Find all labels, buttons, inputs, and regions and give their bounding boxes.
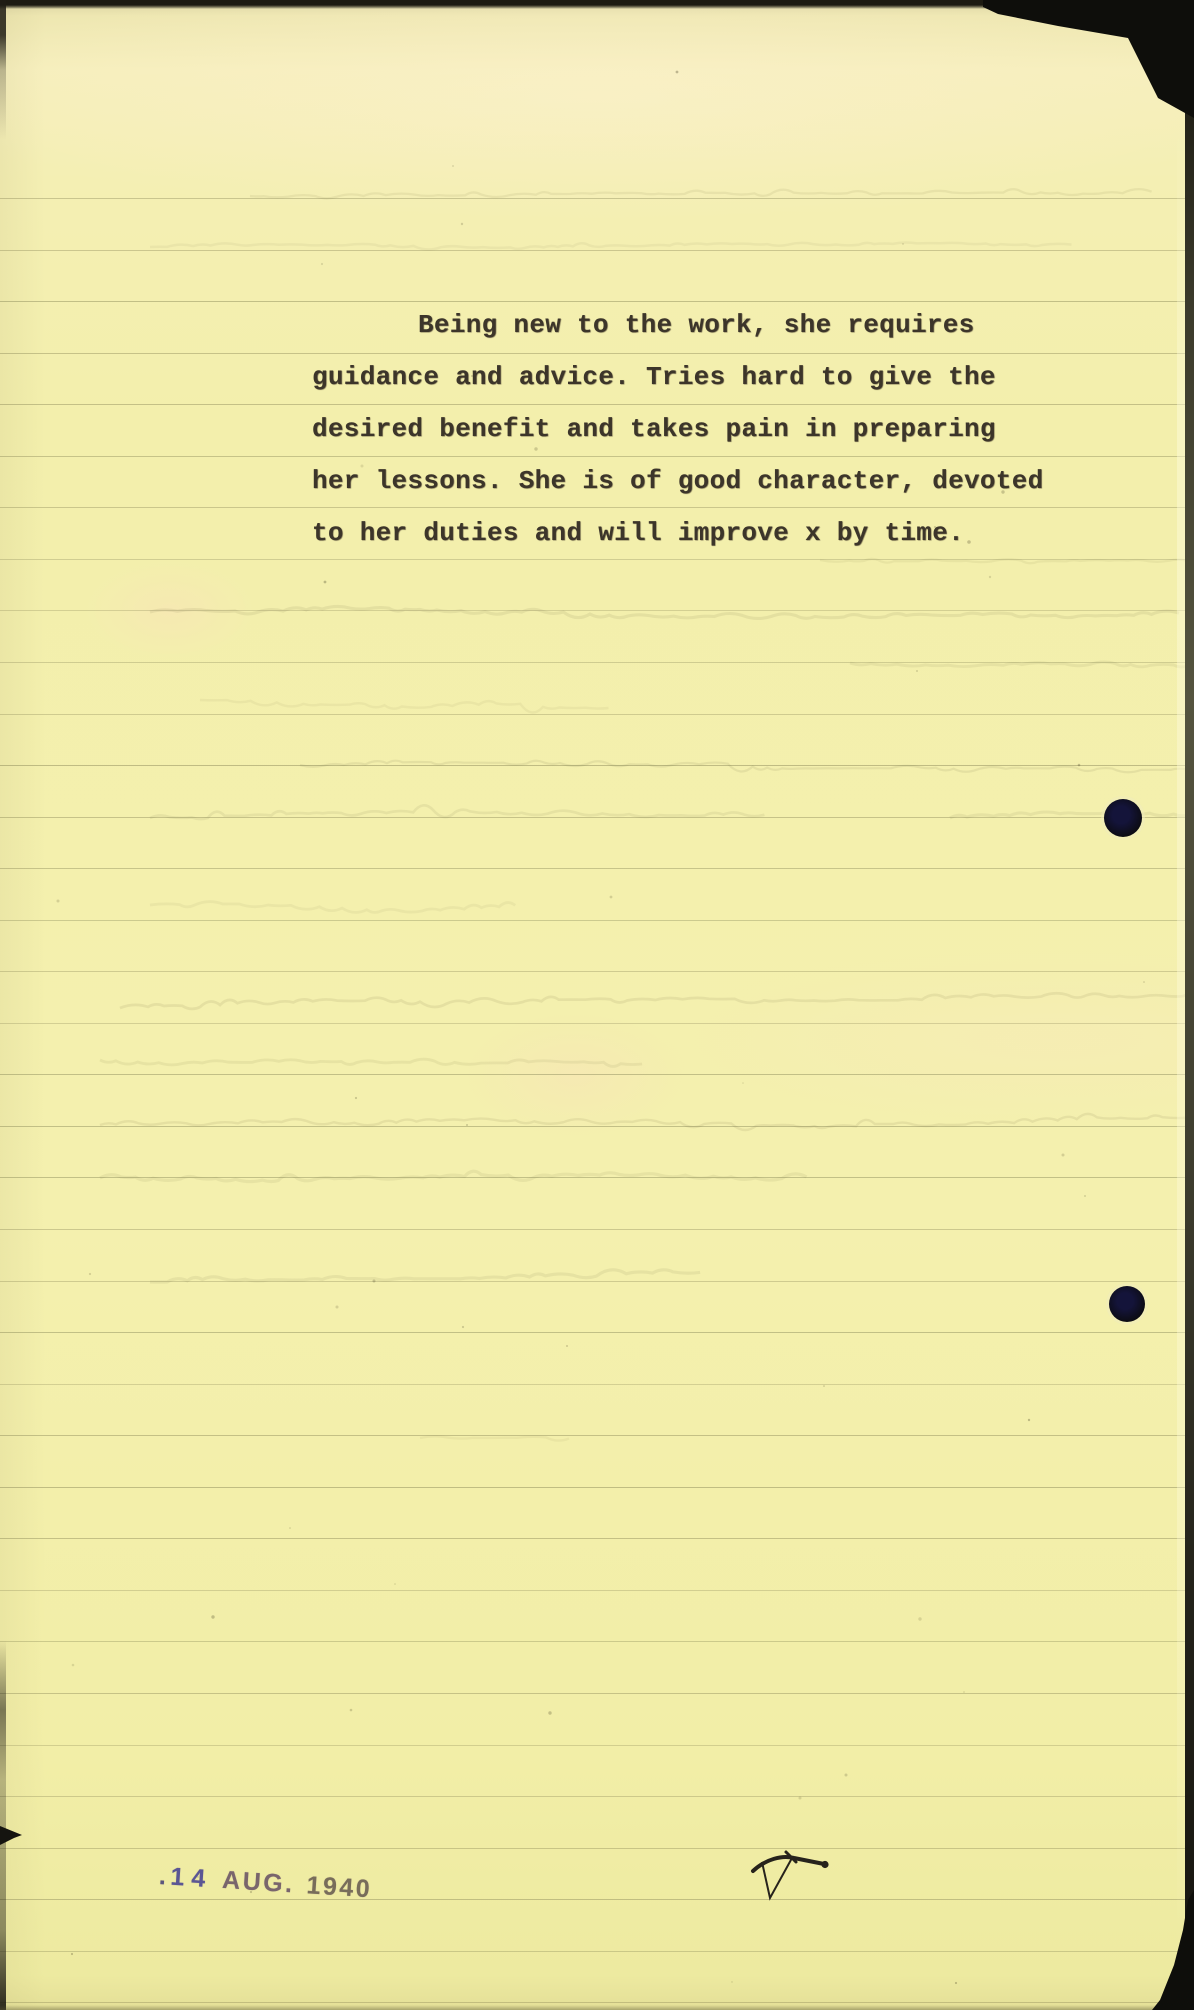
- paper-speck: [373, 1280, 376, 1283]
- bleed-through-squiggle: [420, 1436, 569, 1440]
- scan-edge-left: [0, 0, 6, 2010]
- bleed-through-squiggle: [950, 811, 1189, 818]
- paper-speck: [1084, 1195, 1086, 1197]
- paper-speck: [1143, 981, 1145, 983]
- paper-edge-highlight: [1177, 0, 1185, 2010]
- paper-speck: [1028, 1419, 1030, 1421]
- paper-speck: [461, 223, 463, 225]
- paper-speck: [289, 1527, 291, 1529]
- bleed-through-squiggle: [150, 242, 1071, 249]
- paper-speck: [845, 1774, 848, 1777]
- bleed-through-squiggle: [820, 559, 1186, 563]
- scan-edge-right: [1185, 0, 1194, 2010]
- paper-speck: [336, 1306, 339, 1309]
- bleed-through-squiggle: [250, 189, 1152, 198]
- paper-speck: [321, 263, 323, 265]
- stamp-ink-dot: .: [158, 1862, 169, 1891]
- scanned-page: Being new to the work, she requires guid…: [0, 0, 1194, 2010]
- bleed-through-squiggle: [150, 606, 1179, 618]
- paper-speck: [918, 1617, 921, 1620]
- paper-speck: [955, 1982, 957, 1984]
- paper-speck: [989, 576, 991, 578]
- scan-edge-bottom: [0, 2005, 1194, 2010]
- paper-speck: [1078, 764, 1081, 767]
- hole-mark-top: [1104, 799, 1142, 837]
- stamp-day: 14: [170, 1863, 213, 1894]
- typed-line: guidance and advice. Tries hard to give …: [312, 351, 1044, 403]
- bleed-through-squiggle: [300, 761, 1187, 773]
- paper-speck: [324, 581, 327, 584]
- paper-speck: [462, 1326, 464, 1328]
- paper-speck: [916, 670, 918, 672]
- paper-speck: [452, 165, 454, 167]
- bleed-through-squiggle: [200, 700, 609, 713]
- paper-speck: [394, 1583, 396, 1585]
- typed-line: to her duties and will improve x by time…: [312, 507, 1044, 559]
- paper-speck: [57, 900, 60, 903]
- bleed-through-squiggle: [100, 1059, 642, 1066]
- signature-mark: [748, 1845, 848, 1907]
- bleed-through-squiggle: [150, 902, 515, 913]
- paper-speck: [211, 1615, 214, 1618]
- paper-speck: [72, 1664, 75, 1667]
- paper-speck: [902, 243, 903, 244]
- paper-speck: [963, 1691, 965, 1693]
- paper-speck: [548, 1711, 551, 1714]
- typed-line: Being new to the work, she requires: [312, 299, 1044, 351]
- stamp-year: 1940: [306, 1871, 373, 1903]
- bleed-through-squiggle: [850, 662, 1188, 667]
- paper-speck: [566, 1345, 568, 1347]
- paper-speck: [71, 1953, 73, 1955]
- bleed-through-squiggle: [100, 1114, 1191, 1130]
- bleed-through-squiggle: [150, 805, 764, 819]
- paper-speck: [466, 1124, 468, 1126]
- paper-speck: [610, 896, 613, 899]
- paper-speck: [731, 1981, 732, 1982]
- paper-speck: [676, 71, 679, 74]
- typed-line: desired benefit and takes pain in prepar…: [312, 403, 1044, 455]
- typed-paragraph: Being new to the work, she requires guid…: [312, 299, 1044, 559]
- stamp-month: AUG.: [221, 1866, 295, 1898]
- paper-speck: [823, 1385, 825, 1387]
- bleed-through-squiggle: [100, 1171, 807, 1181]
- paper-speck: [350, 1709, 353, 1712]
- hole-mark-bottom: [1109, 1286, 1145, 1322]
- paper-speck: [1062, 1154, 1065, 1157]
- paper-speck: [89, 1273, 91, 1275]
- bleed-through-squiggle: [120, 993, 1194, 1009]
- paper-speck: [799, 1797, 802, 1800]
- paper-speck: [355, 1097, 357, 1099]
- paper-speck: [742, 1082, 744, 1084]
- bleed-through-squiggle: [150, 1270, 700, 1282]
- typed-line: her lessons. She is of good character, d…: [312, 455, 1044, 507]
